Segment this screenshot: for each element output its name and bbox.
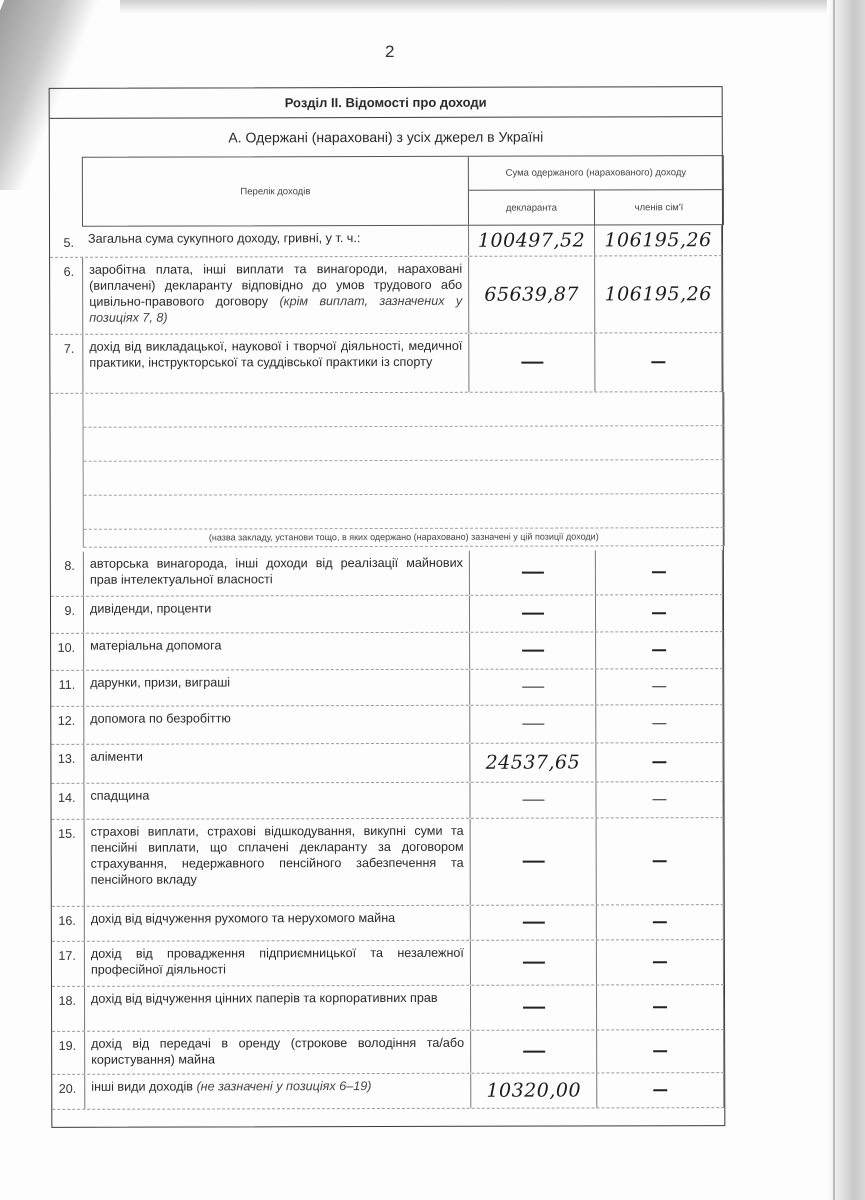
dash-mark <box>653 799 667 801</box>
row-label: матеріальна допомога <box>83 633 469 670</box>
table-row: 12. допомога по безробіттю <box>51 705 723 745</box>
row-label-text: аліменти <box>90 750 143 764</box>
family-amount[interactable] <box>595 743 723 781</box>
row-label: Загальна сума сукупного доходу, гривні, … <box>82 226 468 257</box>
family-amount[interactable] <box>596 905 724 939</box>
declarant-amount[interactable] <box>469 595 595 631</box>
row-number: 17. <box>52 942 84 986</box>
table-row: 7. дохід від викладацької, наукової і тв… <box>50 333 722 394</box>
declarant-amount[interactable]: 100497,52 <box>468 225 594 255</box>
row-number: 7. <box>50 335 82 393</box>
table-row: 14. спадщина <box>51 782 723 820</box>
dash-mark <box>522 723 544 725</box>
dash-mark <box>653 1089 667 1091</box>
row-label: дохід від передачі в оренду (строкове во… <box>84 1031 470 1074</box>
row-label-text: дохід від провадження підприємницької та… <box>91 946 464 977</box>
row-number: 5. <box>50 227 82 257</box>
dash-mark <box>522 861 544 863</box>
table-row: 16. дохід від відчуження рухомого та нер… <box>52 905 724 942</box>
subsection-letter: А <box>228 129 237 145</box>
declarant-amount[interactable] <box>469 550 595 594</box>
scan-right-edge <box>827 0 865 1200</box>
institution-caption: (назва закладу, установи тощо, в яких од… <box>84 528 724 548</box>
declarant-amount[interactable] <box>469 632 595 668</box>
table-row: 8. авторська винагорода, інші доходи від… <box>51 550 723 597</box>
family-amount[interactable] <box>595 595 723 631</box>
institution-line[interactable] <box>84 426 724 462</box>
handwritten-amount: 106195,26 <box>604 232 711 248</box>
row-label: дохід від викладацької, наукової і творч… <box>82 334 468 393</box>
row-label-text: спадщина <box>90 789 149 803</box>
dash-mark <box>652 723 666 725</box>
declarant-amount[interactable] <box>470 940 596 984</box>
family-amount[interactable] <box>595 782 723 817</box>
row-number: 9. <box>51 597 83 633</box>
dash-mark <box>651 361 665 363</box>
declarant-amount[interactable] <box>470 985 596 1029</box>
handwritten-amount: 100497,52 <box>478 232 585 248</box>
family-amount[interactable] <box>596 985 724 1029</box>
family-amount[interactable] <box>596 1030 724 1072</box>
declarant-amount[interactable] <box>469 705 595 742</box>
row-label-text: матеріальна допомога <box>90 638 221 652</box>
income-table: 5. Загальна сума сукупного доходу, гривн… <box>50 225 724 1110</box>
institution-name-area: (назва закладу, установи тощо, в яких од… <box>82 392 724 548</box>
dash-mark <box>522 922 544 924</box>
dash-mark <box>522 962 544 964</box>
row-label-text: дарунки, призи, виграші <box>90 675 230 689</box>
dash-mark <box>522 650 544 652</box>
institution-line[interactable] <box>84 494 724 530</box>
header-declarant: декларанта <box>469 190 595 224</box>
row-number: 19. <box>52 1032 84 1074</box>
dash-mark <box>653 1050 667 1052</box>
table-row: 20. інші види доходів (не зазначені у по… <box>52 1073 724 1110</box>
dash-mark <box>523 1007 545 1009</box>
family-amount[interactable] <box>595 632 723 668</box>
subsection-text: . Одержані (нараховані) з усіх джерел в … <box>238 129 544 146</box>
dash-mark <box>652 686 666 688</box>
row-label: дохід від провадження підприємницької та… <box>84 941 470 986</box>
dash-mark <box>653 860 667 862</box>
header-amount-group: Сума одержаного (нарахованого) доходу <box>469 156 723 191</box>
family-amount[interactable] <box>594 333 722 391</box>
family-amount[interactable] <box>595 705 723 742</box>
row-label-text: страхові виплати, страхові відшкодування… <box>91 824 464 887</box>
table-row: 6. заробітна плата, інші виплати та вина… <box>50 256 722 335</box>
header-income-list: Перелік доходів <box>83 157 469 226</box>
declarant-amount[interactable]: 10320,00 <box>470 1073 596 1107</box>
table-header: Перелік доходів Сума одержаного (нарахов… <box>82 155 724 227</box>
family-amount[interactable] <box>595 550 723 594</box>
dash-mark <box>652 571 666 573</box>
page-number: 2 <box>385 42 394 62</box>
subsection-title: А. Одержані (нараховані) з усіх джерел в… <box>50 128 722 152</box>
row-number: 16. <box>52 907 84 941</box>
dash-mark <box>522 799 544 801</box>
row-number: 8. <box>51 552 83 596</box>
institution-line[interactable] <box>83 392 723 428</box>
row-number: 10. <box>51 634 83 670</box>
dash-mark <box>653 961 667 963</box>
row-label: дивіденди, проценти <box>83 596 469 633</box>
table-row: 10. матеріальна допомога <box>51 632 723 671</box>
declarant-amount[interactable]: 24537,65 <box>469 743 595 781</box>
row-number: 18. <box>52 987 84 1031</box>
row-label: заробітна плата, інші виплати та винагор… <box>82 257 468 334</box>
family-amount[interactable] <box>596 818 724 904</box>
handwritten-amount: 65639,87 <box>484 286 579 302</box>
row-number: 6. <box>50 258 82 334</box>
row-label: дохід від відчуження цінних паперів та к… <box>84 986 470 1031</box>
table-row: 17. дохід від провадження підприємницько… <box>52 940 724 987</box>
row-number: 20. <box>52 1075 84 1109</box>
declarant-amount[interactable] <box>470 905 596 939</box>
row-label-text: Загальна сума сукупного доходу, гривні, … <box>88 231 360 246</box>
declarant-amount[interactable] <box>469 669 595 704</box>
income-section-frame: Розділ II. Відомості про доходи А. Одерж… <box>49 86 726 1128</box>
dash-mark <box>521 362 543 364</box>
row-number: 14. <box>51 784 83 819</box>
declarant-amount[interactable] <box>470 1030 596 1072</box>
row-label-text: допомога по безробіттю <box>90 711 231 725</box>
declarant-amount[interactable] <box>469 782 595 817</box>
table-row: 15. страхові виплати, страхові відшкодув… <box>52 818 724 907</box>
family-amount[interactable] <box>596 1073 724 1107</box>
dash-mark <box>522 613 544 615</box>
row-label: спадщина <box>83 783 469 819</box>
row-label: авторська винагорода, інші доходи від ре… <box>83 551 469 596</box>
row-label-text: авторська винагорода, інші доходи від ре… <box>90 556 463 587</box>
dash-mark <box>652 649 666 651</box>
family-amount[interactable] <box>596 940 724 984</box>
table-row: 9. дивіденди, проценти <box>51 595 723 634</box>
row-label-text: дохід від відчуження рухомого та нерухом… <box>91 911 395 926</box>
dash-mark <box>522 686 544 688</box>
dash-mark <box>653 921 667 923</box>
declarant-amount[interactable]: 65639,87 <box>468 256 594 332</box>
row-label-note: (не зазначені у позиціях 6–19) <box>196 1079 371 1093</box>
table-row: 13. аліменти 24537,65 <box>51 743 723 784</box>
handwritten-amount: 10320,00 <box>486 1082 581 1098</box>
table-row: 5. Загальна сума сукупного доходу, гривн… <box>50 225 722 258</box>
dash-mark <box>652 612 666 614</box>
row-label-text: дохід від передачі в оренду (строкове во… <box>91 1036 464 1067</box>
family-amount[interactable]: 106195,26 <box>594 256 722 332</box>
dash-mark <box>521 572 543 574</box>
row-number: 12. <box>51 707 83 744</box>
row-label: дарунки, призи, виграші <box>83 670 469 706</box>
header-family-members: членів сім'ї <box>595 190 723 224</box>
dash-mark <box>653 1006 667 1008</box>
row-number: 13. <box>51 745 83 783</box>
table-row: 11. дарунки, призи, виграші <box>51 669 723 707</box>
handwritten-amount: 106195,26 <box>605 286 712 302</box>
declarant-amount[interactable] <box>468 333 594 391</box>
family-amount[interactable]: 106195,26 <box>594 225 722 255</box>
row-label-text: інші види доходів <box>91 1080 196 1094</box>
row-label: допомога по безробіттю <box>83 706 469 744</box>
row-label: страхові виплати, страхові відшкодування… <box>84 819 470 906</box>
declarant-amount[interactable] <box>470 818 596 904</box>
row-label: інші види доходів (не зазначені у позиці… <box>84 1074 470 1109</box>
row-label: аліменти <box>83 744 469 783</box>
family-amount[interactable] <box>595 669 723 704</box>
table-row: 19. дохід від передачі в оренду (строков… <box>52 1030 724 1075</box>
row-label-text: дивіденди, проценти <box>90 601 211 615</box>
row-number: 11. <box>51 671 83 706</box>
dash-mark <box>652 761 666 763</box>
row-label-text: дохід від відчуження цінних паперів та к… <box>91 991 438 1006</box>
row-number: 15. <box>52 820 84 906</box>
section-title: Розділ II. Відомості про доходи <box>50 87 722 119</box>
dash-mark <box>523 1051 545 1053</box>
scan-top-edge <box>120 0 865 14</box>
table-row: 18. дохід від відчуження цінних паперів … <box>52 985 724 1032</box>
handwritten-amount: 24537,65 <box>486 754 581 770</box>
row-label-text: дохід від викладацької, наукової і творч… <box>89 339 462 370</box>
institution-line[interactable] <box>84 460 724 496</box>
row-label: дохід від відчуження рухомого та нерухом… <box>84 906 470 941</box>
